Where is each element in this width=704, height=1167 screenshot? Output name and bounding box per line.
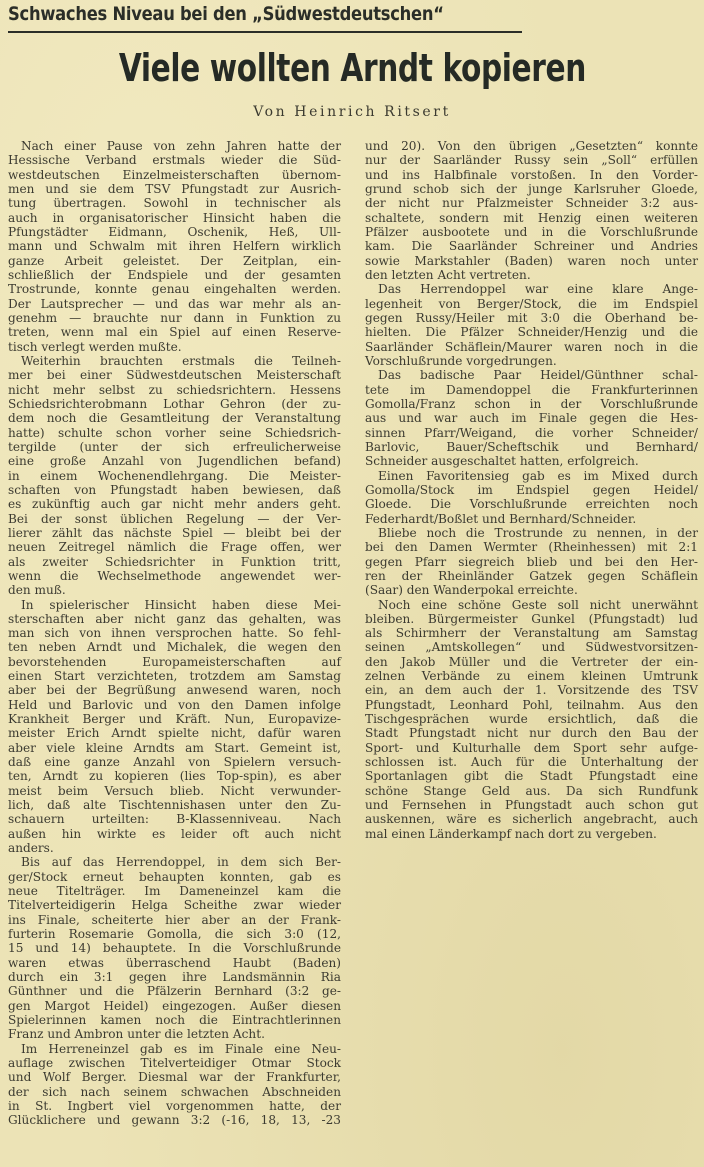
text-line: Franz und Ambron unter die letzten Acht.	[8, 1027, 341, 1041]
text-line: und 20). Von den übrigen „Gesetzten“ kon…	[365, 139, 698, 153]
text-line: in einem Wochenendlehrgang. Die Meister-	[8, 469, 341, 483]
text-line: Trostrunde, konnte genau eingehalten wer…	[8, 282, 341, 296]
text-line: lierer zählt das nächste Spiel — bleibt …	[8, 526, 341, 540]
text-line: bleiben. Bürgermeister Gunkel (Pfungstad…	[365, 612, 698, 626]
text-line: Bei der sonst üblichen Regelung — der Ve…	[8, 512, 341, 526]
text-line: Sport- und Kulturhalle dem Sport sehr au…	[365, 741, 698, 755]
text-line: lich, daß alte Tischtennishasen unter de…	[8, 798, 341, 812]
text-line: 15 und 14) behauptete. In die Vorschlußr…	[8, 941, 341, 955]
paragraph-first-line: Das Herrendoppel war eine klare Ange-	[365, 282, 698, 296]
text-line: ten neben Arndt und Michalek, die wegen …	[8, 640, 341, 654]
byline: Von Heinrich Ritsert	[0, 104, 704, 120]
text-line: ganze Arbeit geleistet. Der Zeitplan, ei…	[8, 254, 341, 268]
text-line: Pfälzer ausbootete und in die Vorschlußr…	[365, 225, 698, 239]
text-line: Gomolla/Stock im Endspiel gegen Heidel/	[365, 483, 698, 497]
text-line: sterschaften aber nicht ganz das gehalte…	[8, 612, 341, 626]
text-line: neue Titelträger. Im Dameneinzel kam die	[8, 884, 341, 898]
text-line: Held und Barlovic und von den Damen info…	[8, 698, 341, 712]
paragraph-first-line: Nach einer Pause von zehn Jahren hatte d…	[8, 139, 341, 153]
paragraph-first-line: Das badische Paar Heidel/Günthner schal-	[365, 368, 698, 382]
text-line: Stadt Pfungstadt nicht nur durch den Bau…	[365, 726, 698, 740]
text-line: und Fernsehen in Pfungstadt auch schon g…	[365, 798, 698, 812]
text-line: durch ein 3:1 gegen ihre Landsmännin Ria	[8, 970, 341, 984]
text-line: mann und Schwalm mit ihren Helfern wirkl…	[8, 239, 341, 253]
text-line: und Wolf Berger. Diesmal war der Frankfu…	[8, 1070, 341, 1084]
text-line: als zweiter Schiedsrichter in Funktion t…	[8, 555, 341, 569]
main-headline-text: Viele wollten Arndt kopieren	[118, 46, 585, 90]
text-line: dem noch die Gesamtleitung der Veranstal…	[8, 411, 341, 425]
text-line: neuen Zeitregel nämlich die Frage offen,…	[8, 540, 341, 554]
text-line: auflage zwischen Titelverteidiger Otmar …	[8, 1056, 341, 1070]
text-line: tete im Damendoppel die Frankfurterinnen	[365, 383, 698, 397]
paragraph-first-line: Bliebe noch die Trostrunde zu nennen, in…	[365, 526, 698, 540]
text-line: Gomolla/Franz schon in der Vorschlußrund…	[365, 397, 698, 411]
text-line: Gloede. Die Vorschlußrunde erreichten no…	[365, 497, 698, 511]
text-line: Titelverteidigerin Helga Scheithe zwar w…	[8, 898, 341, 912]
text-line: auch in organisatorischer Hinsicht haben…	[8, 211, 341, 225]
text-line: mer bei einer Südwestdeutschen Meistersc…	[8, 368, 341, 382]
text-line: auskennen, wäre es sicherlich angebracht…	[365, 812, 698, 826]
text-line: bevorstehenden Europameisterschaften auf	[8, 655, 341, 669]
text-line: daß eine ganze Anzahl von Spielern versu…	[8, 755, 341, 769]
text-line: Pfungstadt, Leonhard Pohl, teilnahm. Aus…	[365, 698, 698, 712]
text-line: es zukünftig auch gar nicht mehr anders …	[8, 497, 341, 511]
text-line: bei den Damen Wermter (Rheinhessen) mit …	[365, 540, 698, 554]
text-line: (Saar) den Wanderpokal erreichte.	[365, 583, 698, 597]
text-line: man sich von ihnen versprochen hatte. So…	[8, 626, 341, 640]
text-line: schaften von Pfungstadt haben bewiesen, …	[8, 483, 341, 497]
text-line: außen hin wirkte es leider oft auch nich…	[8, 827, 341, 841]
text-line: aber bei der Begrüßung anwesend waren, n…	[8, 683, 341, 697]
text-line: als Schirmherr der Veranstaltung am Sams…	[365, 626, 698, 640]
text-line: treten, wenn mal ein Spiel auf einen Res…	[8, 325, 341, 339]
text-line: und ins Halbfinale vorstoßen. In den Vor…	[365, 168, 698, 182]
text-line: Barlovic, Bauer/Scheftschik und Bernhard…	[365, 440, 698, 454]
text-line: Pfungstädter Eidmann, Oschenik, Heß, Ull…	[8, 225, 341, 239]
text-line: schaltete, sondern mit Henzig einen weit…	[365, 211, 698, 225]
text-line: ger/Stock erneut behaupten konnten, gab …	[8, 870, 341, 884]
text-line: genehm — brauchte nur dann in Funktion z…	[8, 311, 341, 325]
text-line: schauern urteilten: B-Klassenniveau. Nac…	[8, 812, 341, 826]
text-line: meister Erich Arndt spielte nicht, dafür…	[8, 726, 341, 740]
text-line: mal einen Länderkampf nach dort zu verge…	[365, 827, 698, 841]
text-line: ein, an dem auch der 1. Vorsitzende des …	[365, 683, 698, 697]
paragraph-first-line: Einen Favoritensieg gab es im Mixed durc…	[365, 469, 698, 483]
text-line: Schneider ausgeschaltet hatten, erfolgre…	[365, 454, 698, 468]
text-line: seinen „Amtskollegen“ und Südwestvorsitz…	[365, 640, 698, 654]
text-line: furterin Rosemarie Gomolla, die sich 3:0…	[8, 927, 341, 941]
text-line: legenheit von Berger/Stock, die im Endsp…	[365, 297, 698, 311]
text-line: zelnen Verbände zu einem kleinen Umtrunk	[365, 669, 698, 683]
text-line: wenn die Wechselmethode angewendet wer-	[8, 569, 341, 583]
text-line: der nicht nur Pfalzmeister Schneider 3:2…	[365, 196, 698, 210]
text-line: der sich nach seinem schwachen Abschneid…	[8, 1085, 341, 1099]
text-line: Saarländer Schäflein/Maurer waren noch i…	[365, 340, 698, 354]
text-line: schlossen ist. Auch für die Unterhaltung…	[365, 755, 698, 769]
text-line: hielten. Die Pfälzer Schneider/Henzig un…	[365, 325, 698, 339]
text-line: Spielerinnen kamen noch die Eintrachtler…	[8, 1013, 341, 1027]
text-line: tung übertragen. Sowohl in technischer a…	[8, 196, 341, 210]
text-line: in St. Ingbert viel vorgenommen hatte, d…	[8, 1099, 341, 1113]
text-line: den Jakob Müller und die Vertreter der e…	[365, 655, 698, 669]
text-line: den letzten Acht vertreten.	[365, 268, 698, 282]
text-line: waren etwas überraschend Haubt (Baden)	[8, 956, 341, 970]
text-line: anders.	[8, 841, 341, 855]
text-line: Federhardt/Boßlet und Bernhard/Schneider…	[365, 512, 698, 526]
paragraph-first-line: Bis auf das Herrendoppel, in dem sich Be…	[8, 855, 341, 869]
text-line: sowie Markstahler (Baden) waren noch unt…	[365, 254, 698, 268]
text-line: Tischgesprächen wurde ersichtlich, daß d…	[365, 712, 698, 726]
text-line: gegen Russy/Heiler mit 3:0 die Oberhand …	[365, 311, 698, 325]
kicker-underline-rule	[8, 31, 522, 33]
text-line: nur der Saarländer Russy sein „Soll“ erf…	[365, 153, 698, 167]
text-line: Günthner und die Pfälzerin Bernhard (3:2…	[8, 984, 341, 998]
text-line: Schiedsrichterobmann Lothar Gehron (der …	[8, 397, 341, 411]
text-line: gen Margot Heidel) eingezogen. Außer die…	[8, 999, 341, 1013]
text-line: westdeutschen Einzelmeisterschaften über…	[8, 168, 341, 182]
main-headline: Viele wollten Arndt kopieren	[0, 46, 704, 90]
text-line: gegen Pfarr siegreich blieb und bei den …	[365, 555, 698, 569]
text-line: Glücklichere und gewann 3:2 (-16, 18, 13…	[8, 1113, 341, 1127]
kicker-headline: Schwaches Niveau bei den „Südwestdeutsch…	[8, 3, 450, 25]
text-line: meist beim Versuch blieb. Nicht verwunde…	[8, 784, 341, 798]
text-line: Der Lautsprecher — und das war mehr als …	[8, 297, 341, 311]
text-line: ins Finale, scheiterte hier aber an der …	[8, 913, 341, 927]
text-line: eine große Anzahl von Jugendlichen befan…	[8, 454, 341, 468]
paragraph-first-line: Noch eine schöne Geste soll nicht unerwä…	[365, 598, 698, 612]
text-line: schöne Stange Geld aus. Da sich Rundfunk	[365, 784, 698, 798]
text-line: aus und war auch im Finale gegen die Hes…	[365, 411, 698, 425]
text-line: Sportanlagen gibt die Stadt Pfungstadt e…	[365, 769, 698, 783]
text-line: ren der Rheinländer Gatzek gegen Schäfle…	[365, 569, 698, 583]
text-line: ten, Arndt zu kopieren (lies Top-spin), …	[8, 769, 341, 783]
text-line: nicht mehr selbst zu schiedsrichtern. He…	[8, 383, 341, 397]
text-line: tergilde (unter der sich erfreulicherwei…	[8, 440, 341, 454]
text-line: hatte) schulte schon vorher seine Schied…	[8, 426, 341, 440]
paragraph-first-line: Weiterhin brauchten erstmals die Teilneh…	[8, 354, 341, 368]
text-line: grund schob sich der junge Karlsruher Gl…	[365, 182, 698, 196]
text-line: Hessische Verband erstmals wieder die Sü…	[8, 153, 341, 167]
text-line: kam. Die Saarländer Schreiner und Andrie…	[365, 239, 698, 253]
text-line: sinnen Pfarr/Weigand, die vorher Schneid…	[365, 426, 698, 440]
article-column-right: und 20). Von den übrigen „Gesetzten“ kon…	[365, 139, 698, 841]
text-line: Krankheit Berger und Kräft. Nun, Europav…	[8, 712, 341, 726]
paragraph-first-line: In spielerischer Hinsicht haben diese Me…	[8, 598, 341, 612]
text-line: tisch verlegt werden mußte.	[8, 340, 341, 354]
text-line: aber viele kleine Arndts am Start. Gemei…	[8, 741, 341, 755]
text-line: men und sie dem TSV Pfungstadt zur Ausri…	[8, 182, 341, 196]
text-line: einen Start verzichteten, trotzdem am Sa…	[8, 669, 341, 683]
text-line: den muß.	[8, 583, 341, 597]
article-column-left: Nach einer Pause von zehn Jahren hatte d…	[8, 139, 341, 1128]
text-line: Vorschlußrunde vorgedrungen.	[365, 354, 698, 368]
paragraph-first-line: Im Herreneinzel gab es im Finale eine Ne…	[8, 1042, 341, 1056]
text-line: schließlich der Endspiele und der gesamt…	[8, 268, 341, 282]
